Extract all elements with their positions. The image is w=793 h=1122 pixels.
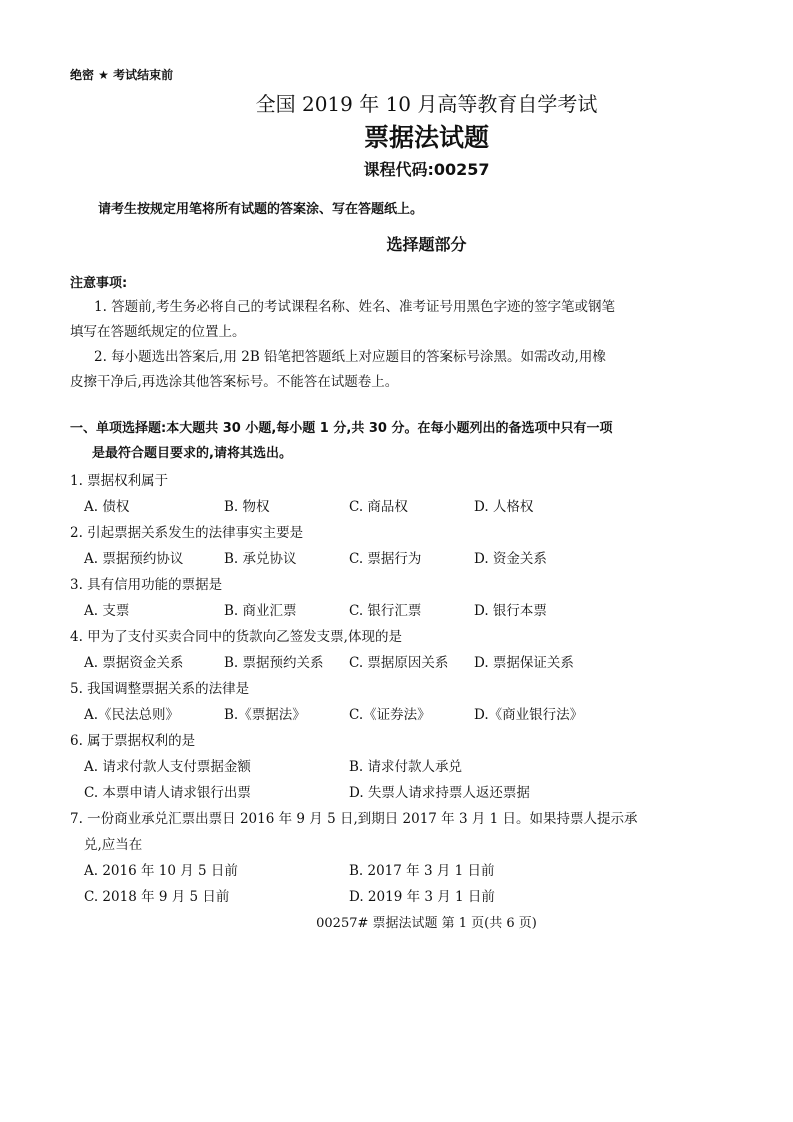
note-1-line2: 填写在答题纸规定的位置上。 [70, 320, 246, 340]
q6-option-c: C. 本票申请人请求银行出票 [84, 781, 251, 801]
q1-option-a: A. 债权 [84, 495, 129, 515]
q4-option-a: A. 票据资金关系 [84, 651, 183, 671]
q3-option-d: D. 银行本票 [474, 599, 547, 619]
q2-option-a: A. 票据预约协议 [84, 547, 183, 567]
q1-option-c: C. 商品权 [349, 495, 408, 515]
general-instruction: 请考生按规定用笔将所有试题的答案涂、写在答题纸上。 [98, 198, 423, 217]
q3-option-c: C. 银行汇票 [349, 599, 421, 619]
note-2-line1: 2. 每小题选出答案后,用 2B 铅笔把答题纸上对应题目的答案标号涂黑。如需改动… [94, 345, 606, 365]
q3-option-b: B. 商业汇票 [224, 599, 297, 619]
q5-option-d: D.《商业银行法》 [474, 703, 583, 723]
note-2-line2: 皮擦干净后,再选涂其他答案标号。不能答在试题卷上。 [70, 370, 398, 390]
notes-heading: 注意事项: [70, 272, 127, 291]
question-4: 4. 甲为了支付买卖合同中的货款向乙签发支票,体现的是 [70, 625, 402, 645]
q1-option-b: B. 物权 [224, 495, 270, 515]
q7-option-b: B. 2017 年 3 月 1 日前 [349, 859, 495, 879]
question-3: 3. 具有信用功能的票据是 [70, 573, 222, 593]
question-1: 1. 票据权利属于 [70, 469, 168, 489]
note-1-line1: 1. 答题前,考生务必将自己的考试课程名称、姓名、准考证号用黑色字迹的签字笔或钢… [94, 295, 615, 315]
q5-option-a: A.《民法总则》 [84, 703, 179, 723]
q7-option-c: C. 2018 年 9 月 5 日前 [84, 885, 229, 905]
q2-option-c: C. 票据行为 [349, 547, 421, 567]
question-5: 5. 我国调整票据关系的法律是 [70, 677, 249, 697]
question-7-line2: 兑,应当在 [84, 833, 142, 853]
question-2: 2. 引起票据关系发生的法律事实主要是 [70, 521, 303, 541]
q4-option-c: C. 票据原因关系 [349, 651, 448, 671]
q3-option-a: A. 支票 [84, 599, 129, 619]
section-title: 选择题部分 [0, 232, 793, 255]
q6-option-a: A. 请求付款人支付票据金额 [84, 755, 251, 775]
part-one-heading-line1: 一、单项选择题:本大题共 30 小题,每小题 1 分,共 30 分。在每小题列出… [70, 417, 612, 436]
course-code: 课程代码:00257 [0, 157, 793, 180]
q2-option-b: B. 承兑协议 [224, 547, 297, 567]
q7-option-d: D. 2019 年 3 月 1 日前 [349, 885, 495, 905]
page-footer: 00257# 票据法试题 第 1 页(共 6 页) [0, 912, 793, 931]
paper-title: 票据法试题 [0, 118, 793, 154]
q5-option-c: C.《证券法》 [349, 703, 431, 723]
confidential-label: 绝密 ★ 考试结束前 [70, 66, 173, 83]
q1-option-d: D. 人格权 [474, 495, 533, 515]
q6-option-b: B. 请求付款人承兑 [349, 755, 462, 775]
question-6: 6. 属于票据权利的是 [70, 729, 195, 749]
part-one-heading-line2: 是最符合题目要求的,请将其选出。 [92, 442, 292, 461]
q7-option-a: A. 2016 年 10 月 5 日前 [84, 859, 238, 879]
q5-option-b: B.《票据法》 [224, 703, 306, 723]
q4-option-b: B. 票据预约关系 [224, 651, 324, 671]
q4-option-d: D. 票据保证关系 [474, 651, 574, 671]
q6-option-d: D. 失票人请求持票人返还票据 [349, 781, 530, 801]
q2-option-d: D. 资金关系 [474, 547, 547, 567]
question-7-line1: 7. 一份商业承兑汇票出票日 2016 年 9 月 5 日,到期日 2017 年… [70, 807, 638, 827]
exam-title: 全国 2019 年 10 月高等教育自学考试 [0, 88, 793, 117]
